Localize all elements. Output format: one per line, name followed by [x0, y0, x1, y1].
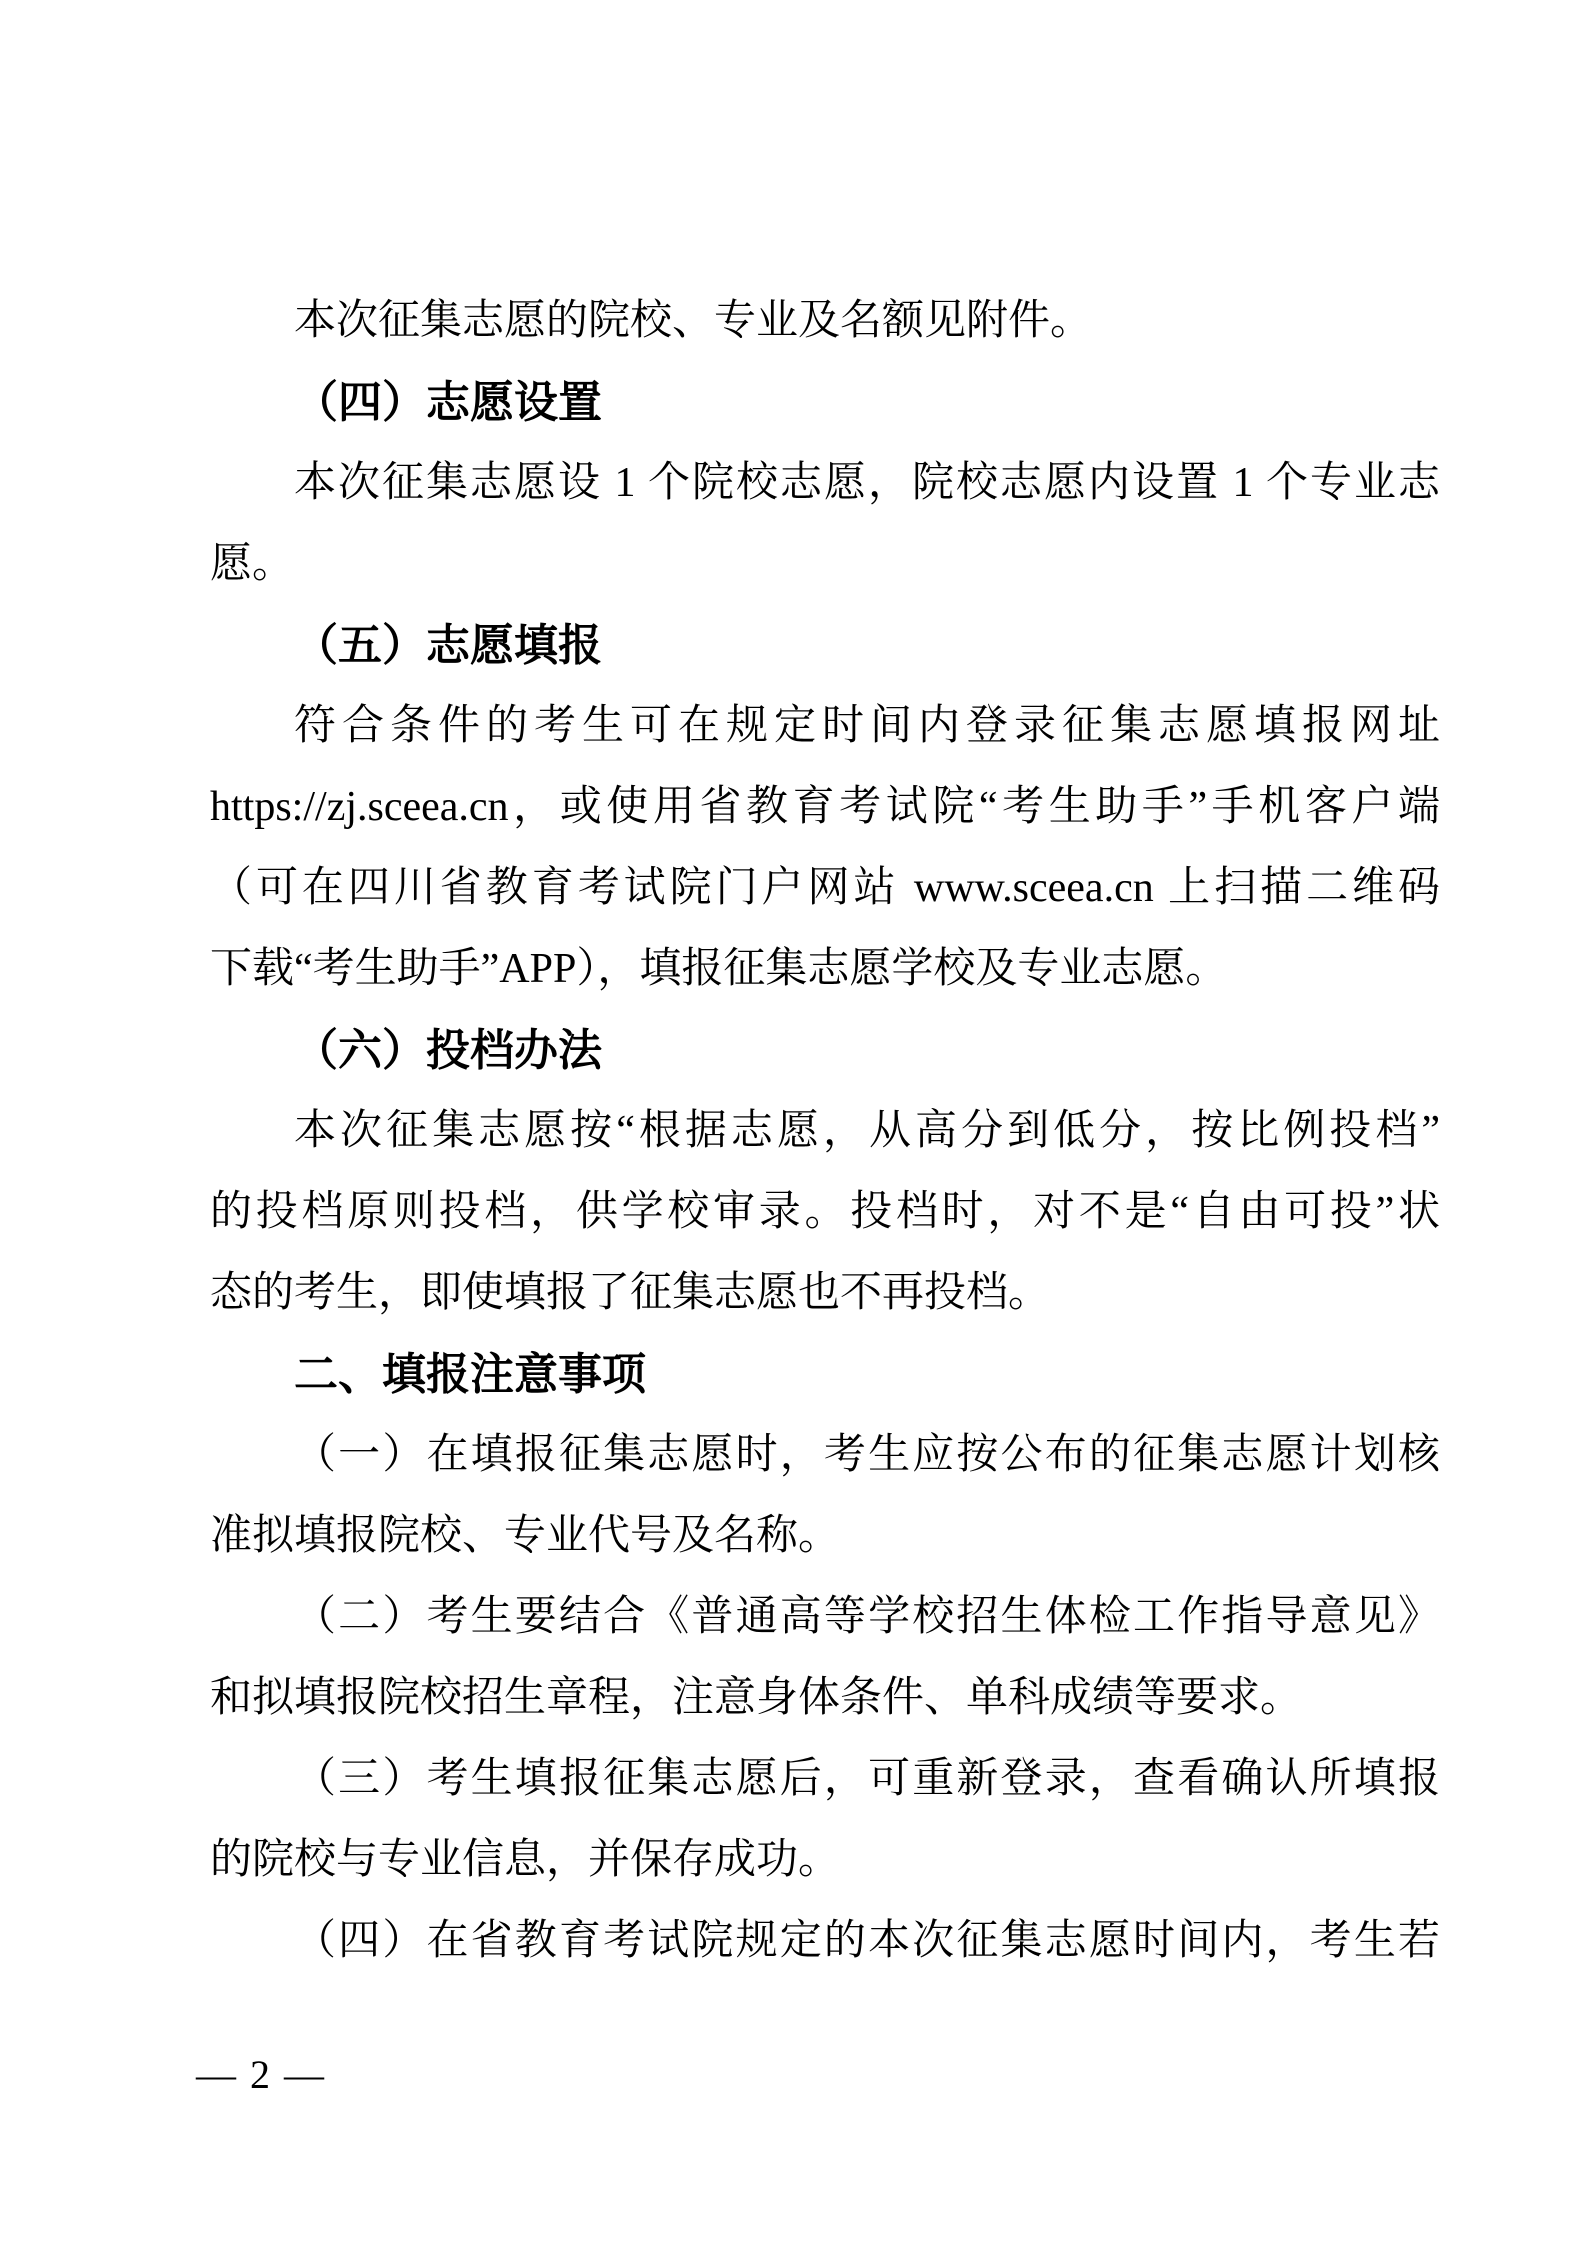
- paragraph-line: 态的考生，即使填报了征集志愿也不再投档。: [210, 1253, 1440, 1334]
- paragraph-line: （二）考生要结合《普通高等学校招生体检工作指导意见》: [210, 1577, 1440, 1658]
- paragraph-line: 的投档原则投档，供学校审录。投档时，对不是“自由可投”状: [210, 1172, 1440, 1253]
- document-body: 本次征集志愿的院校、专业及名额见附件。（四）志愿设置本次征集志愿设 1 个院校志…: [210, 281, 1440, 1982]
- paragraph-line: （四）在省教育考试院规定的本次征集志愿时间内，考生若: [210, 1901, 1440, 1982]
- document-page: 本次征集志愿的院校、专业及名额见附件。（四）志愿设置本次征集志愿设 1 个院校志…: [0, 0, 1587, 2245]
- paragraph-line: 准拟填报院校、专业代号及名称。: [210, 1496, 1440, 1577]
- paragraph-line: （一）在填报征集志愿时，考生应按公布的征集志愿计划核: [210, 1415, 1440, 1496]
- paragraph-line: 符合条件的考生可在规定时间内登录征集志愿填报网址: [210, 686, 1440, 767]
- paragraph-line: 的院校与专业信息，并保存成功。: [210, 1820, 1440, 1901]
- section-heading: 二、填报注意事项: [210, 1334, 1440, 1415]
- section-heading: （六）投档办法: [210, 1010, 1440, 1091]
- paragraph-line: 本次征集志愿的院校、专业及名额见附件。: [210, 281, 1440, 362]
- section-heading: （四）志愿设置: [210, 362, 1440, 443]
- paragraph-line: 和拟填报院校招生章程，注意身体条件、单科成绩等要求。: [210, 1658, 1440, 1739]
- paragraph-line: 本次征集志愿设 1 个院校志愿，院校志愿内设置 1 个专业志: [210, 443, 1440, 524]
- paragraph-line: （可在四川省教育考试院门户网站 www.sceea.cn 上扫描二维码: [210, 848, 1440, 929]
- paragraph-line: https://zj.sceea.cn，或使用省教育考试院“考生助手”手机客户端: [210, 767, 1440, 848]
- paragraph-line: 下载“考生助手”APP），填报征集志愿学校及专业志愿。: [210, 929, 1440, 1010]
- section-heading: （五）志愿填报: [210, 605, 1440, 686]
- paragraph-line: （三）考生填报征集志愿后，可重新登录，查看确认所填报: [210, 1739, 1440, 1820]
- paragraph-line: 愿。: [210, 524, 1440, 605]
- page-number: — 2 —: [196, 2052, 326, 2098]
- paragraph-line: 本次征集志愿按“根据志愿，从高分到低分，按比例投档”: [210, 1091, 1440, 1172]
